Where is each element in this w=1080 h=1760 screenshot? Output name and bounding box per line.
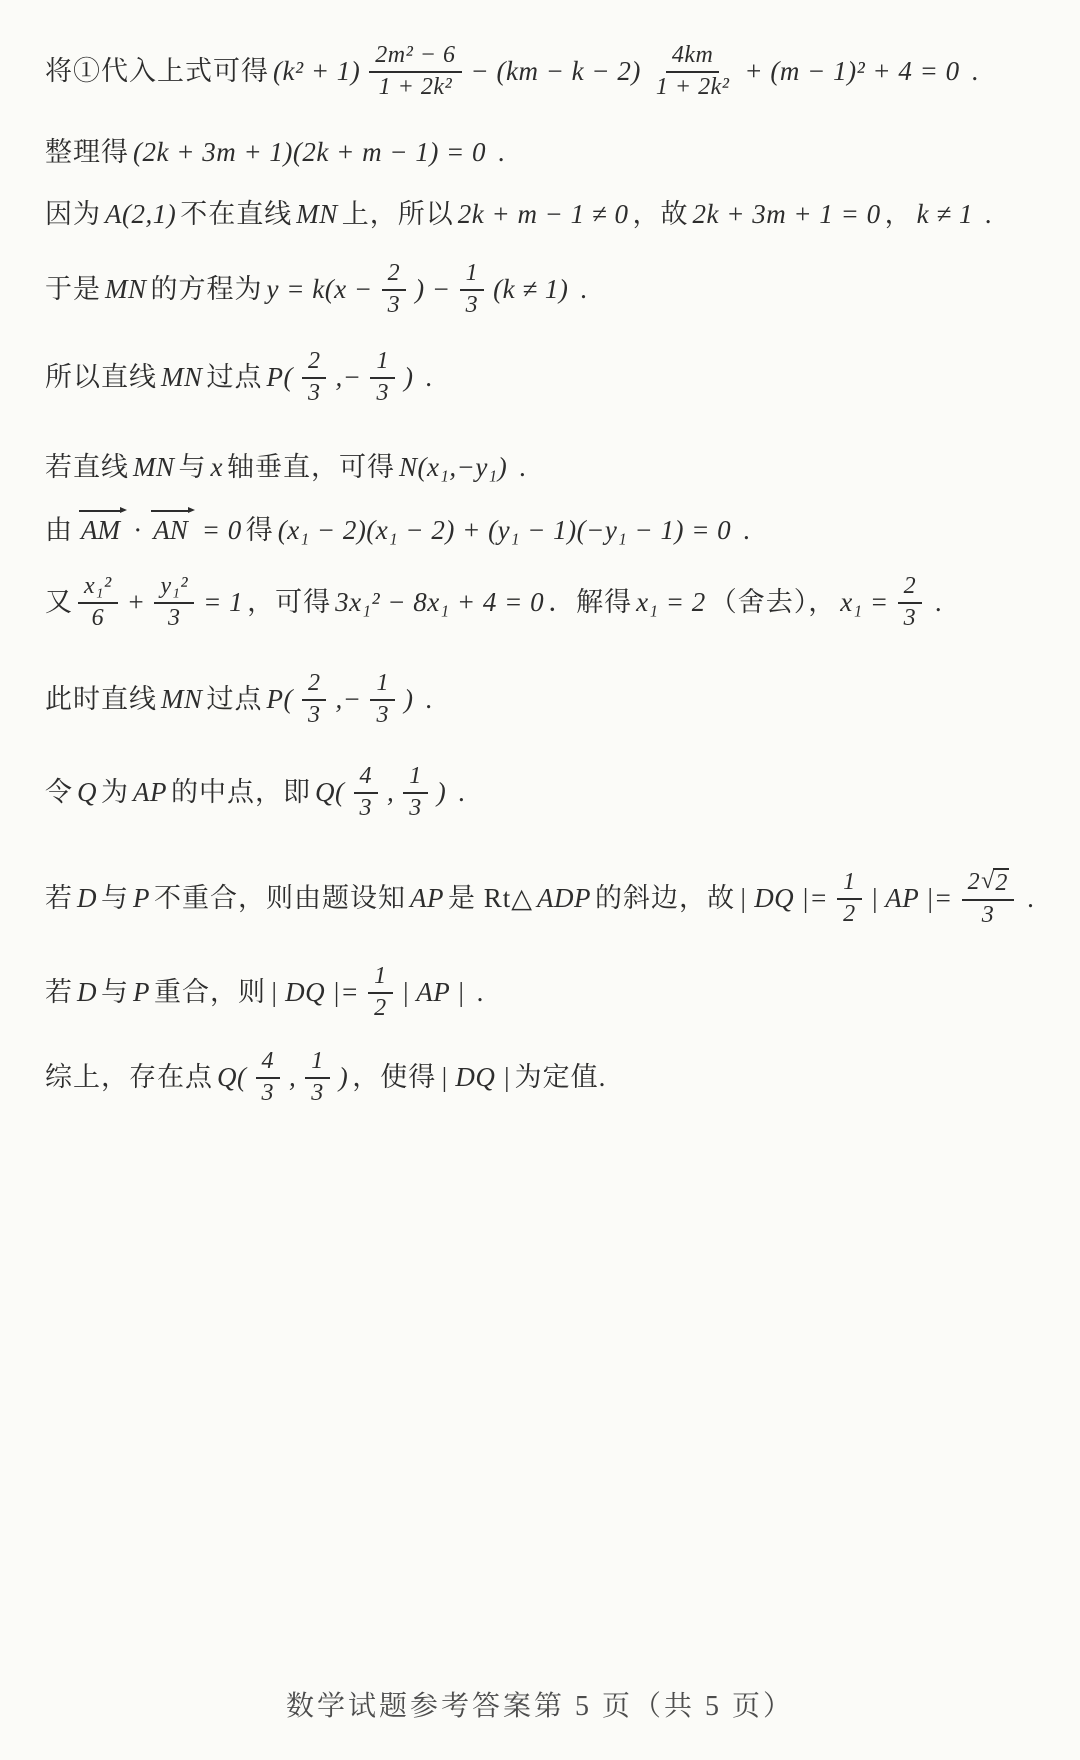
solution-line-1: 将①代入上式可得(k² + 1)2m² − 61 + 2k²− (km − k … bbox=[45, 44, 979, 103]
fraction-numerator: 1 bbox=[368, 963, 393, 994]
math-segment: Q( bbox=[315, 777, 345, 807]
fraction-denominator: 3 bbox=[370, 701, 395, 730]
math-segment: 3 bbox=[308, 702, 321, 730]
math-segment: 3 bbox=[360, 795, 373, 823]
math-segment: ) bbox=[404, 684, 414, 714]
solution-line-10: 令Q为AP的中点，即Q(43,13) . bbox=[45, 765, 466, 824]
fraction-numerator: 1 bbox=[403, 763, 428, 794]
fraction-denominator: 2 bbox=[837, 900, 862, 929]
math-segment: MN bbox=[161, 684, 203, 714]
math-segment: 3 bbox=[262, 1080, 275, 1108]
fraction-denominator: 3 bbox=[976, 901, 1001, 930]
text-segment: . bbox=[964, 56, 980, 86]
answer-sheet-page: 将①代入上式可得(k² + 1)2m² − 61 + 2k²− (km − k … bbox=[0, 0, 1080, 1760]
math-segment: 1 bbox=[843, 869, 856, 897]
math-segment: 3 bbox=[409, 795, 422, 823]
math-segment: 3 bbox=[168, 605, 181, 633]
math-segment: (k ≠ 1) bbox=[493, 274, 568, 304]
text-segment: 是 Rt△ bbox=[448, 883, 533, 913]
fraction: 23 bbox=[302, 348, 327, 407]
math-segment: · bbox=[134, 515, 141, 545]
math-segment: x bbox=[211, 452, 223, 482]
math-segment: − (km − k − 2) bbox=[471, 56, 641, 86]
text-segment: . bbox=[490, 137, 506, 167]
math-segment: ,− bbox=[335, 362, 361, 392]
math-segment: | DQ |= bbox=[270, 977, 359, 1007]
math-segment: 3x₁² − 8x₁ + 4 = 0 bbox=[335, 587, 544, 617]
fraction: 13 bbox=[460, 260, 485, 319]
solution-line-8: 又x₁²6+y₁²3= 1，可得3x₁² − 8x₁ + 4 = 0．解得x₁ … bbox=[45, 575, 943, 634]
math-segment: 2 bbox=[388, 260, 401, 288]
text-segment: . bbox=[511, 452, 527, 482]
text-segment: 若 bbox=[45, 883, 73, 913]
math-segment: , bbox=[289, 1062, 296, 1092]
math-segment: P( bbox=[267, 362, 293, 392]
math-segment: 3 bbox=[388, 292, 401, 320]
fraction-numerator: 1 bbox=[837, 869, 862, 900]
math-segment: D bbox=[77, 883, 97, 913]
text-segment: 为定值. bbox=[515, 1062, 607, 1092]
math-segment: A(2,1) bbox=[105, 199, 176, 229]
math-segment: D bbox=[77, 977, 97, 1007]
fraction: 13 bbox=[403, 763, 428, 822]
fraction: 13 bbox=[370, 670, 395, 729]
math-segment: MN bbox=[161, 362, 203, 392]
fraction: 23 bbox=[382, 260, 407, 319]
math-segment: 2k + 3m + 1 = 0 bbox=[692, 199, 880, 229]
math-segment: 1 bbox=[466, 260, 479, 288]
math-segment: , bbox=[387, 777, 394, 807]
fraction: 12 bbox=[368, 963, 393, 1022]
text-segment: 所以直线 bbox=[45, 362, 157, 392]
fraction: 23 bbox=[302, 670, 327, 729]
math-segment: | DQ |= bbox=[739, 883, 828, 913]
math-segment: MN bbox=[296, 199, 338, 229]
math-segment: 3 bbox=[311, 1080, 324, 1108]
math-segment: 2m² − 6 bbox=[375, 42, 455, 70]
fraction-denominator: 3 bbox=[305, 1079, 330, 1108]
math-segment: 3 bbox=[376, 380, 389, 408]
text-segment: 的斜边，故 bbox=[595, 883, 735, 913]
page-footer: 数学试题参考答案第 5 页（共 5 页） bbox=[0, 1684, 1080, 1724]
solution-line-4: 于是MN的方程为y = k(x −23) −13(k ≠ 1) . bbox=[45, 262, 588, 321]
math-segment: + bbox=[127, 587, 146, 617]
math-segment: y = k(x − bbox=[267, 274, 373, 304]
text-segment: . bbox=[572, 274, 588, 304]
fraction-numerator: 1 bbox=[460, 260, 485, 291]
text-segment: . bbox=[450, 777, 466, 807]
math-segment: 1 + 2k² bbox=[656, 74, 730, 102]
fraction-numerator: 4 bbox=[256, 1048, 281, 1079]
text-segment: 因为 bbox=[45, 199, 101, 229]
text-segment: 上，所以 bbox=[342, 199, 454, 229]
math-segment: = 1 bbox=[203, 587, 243, 617]
fraction-numerator: 4 bbox=[354, 763, 379, 794]
math-segment: 2k + m − 1 ≠ 0 bbox=[458, 199, 629, 229]
math-segment: MN bbox=[105, 274, 147, 304]
math-segment: ) bbox=[437, 777, 447, 807]
math-segment: 2 bbox=[374, 995, 387, 1023]
math-segment: AP bbox=[133, 777, 167, 807]
fraction-denominator: 3 bbox=[302, 379, 327, 408]
fraction-denominator: 3 bbox=[403, 794, 428, 823]
math-segment: x₁ = 2 bbox=[636, 587, 706, 617]
fraction: 2m² − 61 + 2k² bbox=[369, 42, 461, 101]
math-segment: P bbox=[133, 977, 150, 1007]
math-segment: 1 + 2k² bbox=[379, 74, 453, 102]
fraction-numerator: 2 bbox=[302, 348, 327, 379]
fraction: 13 bbox=[370, 348, 395, 407]
fraction: 4km1 + 2k² bbox=[650, 42, 736, 101]
text-segment: 由 bbox=[45, 515, 73, 545]
math-segment: MN bbox=[133, 452, 175, 482]
math-segment: + (m − 1)² + 4 = 0 bbox=[744, 56, 959, 86]
text-segment: 于是 bbox=[45, 274, 101, 304]
math-segment: 3 bbox=[308, 380, 321, 408]
math-segment: 1 bbox=[409, 763, 422, 791]
fraction: 43 bbox=[256, 1048, 281, 1107]
text-segment: . bbox=[417, 362, 433, 392]
fraction-numerator: y₁² bbox=[154, 573, 194, 604]
solution-line-11: 若D与P不重合，则由题设知AP是 Rt△ADP的斜边，故| DQ |=12| A… bbox=[45, 870, 1035, 931]
text-segment: 若 bbox=[45, 977, 73, 1007]
fraction-denominator: 3 bbox=[302, 701, 327, 730]
math-segment: ) bbox=[339, 1062, 349, 1092]
math-segment: 3 bbox=[376, 702, 389, 730]
fraction-numerator: 1 bbox=[370, 348, 395, 379]
fraction-numerator: 2 bbox=[382, 260, 407, 291]
text-segment: 此时直线 bbox=[45, 684, 157, 714]
math-segment: 6 bbox=[92, 605, 105, 633]
fraction-denominator: 3 bbox=[460, 291, 485, 320]
text-segment: 与 bbox=[179, 452, 207, 482]
fraction-denominator: 3 bbox=[162, 604, 187, 633]
fraction-numerator: 2 bbox=[898, 573, 923, 604]
text-segment: 令 bbox=[45, 777, 73, 807]
text-segment: 将①代入上式可得 bbox=[45, 56, 269, 86]
text-segment: ， bbox=[885, 199, 913, 229]
math-segment: 2 bbox=[968, 869, 981, 897]
math-segment: 3 bbox=[982, 902, 995, 930]
math-segment: (k² + 1) bbox=[273, 56, 360, 86]
fraction-numerator: 1 bbox=[370, 670, 395, 701]
math-segment: 2 bbox=[843, 901, 856, 929]
math-segment: P( bbox=[267, 684, 293, 714]
math-segment: AP bbox=[410, 883, 444, 913]
fraction-numerator: x₁² bbox=[78, 573, 118, 604]
text-segment: . bbox=[1019, 883, 1035, 913]
radicand: 2 bbox=[993, 868, 1009, 898]
math-segment: | AP | bbox=[402, 977, 465, 1007]
fraction: x₁²6 bbox=[78, 573, 118, 632]
vector-symbol: AM bbox=[79, 508, 124, 548]
math-segment: ,− bbox=[335, 684, 361, 714]
math-segment: y₁² bbox=[160, 573, 188, 601]
math-segment: 4km bbox=[672, 42, 713, 70]
math-segment: Q bbox=[77, 777, 97, 807]
fraction-denominator: 3 bbox=[382, 291, 407, 320]
text-segment: 轴垂直，可得 bbox=[227, 452, 395, 482]
math-segment: 2 bbox=[904, 573, 917, 601]
solution-line-5: 所以直线MN过点P(23,−13) . bbox=[45, 350, 433, 409]
text-segment: . bbox=[735, 515, 751, 545]
text-segment: 重合，则 bbox=[154, 977, 266, 1007]
fraction-numerator: 1 bbox=[305, 1048, 330, 1079]
text-segment: . bbox=[977, 199, 993, 229]
solution-line-3: 因为A(2,1)不在直线MN上，所以2k + m − 1 ≠ 0，故2k + 3… bbox=[45, 198, 992, 232]
fraction: 43 bbox=[354, 763, 379, 822]
text-segment: 又 bbox=[45, 587, 73, 617]
text-segment: . bbox=[469, 977, 485, 1007]
math-segment: 3 bbox=[904, 605, 917, 633]
math-segment: k ≠ 1 bbox=[917, 199, 973, 229]
fraction: 12 bbox=[837, 869, 862, 928]
solution-line-7: 由AM·AN= 0得(x₁ − 2)(x₁ − 2) + (y₁ − 1)(−y… bbox=[45, 508, 751, 548]
fraction: 13 bbox=[305, 1048, 330, 1107]
text-segment: 得 bbox=[246, 515, 274, 545]
fraction-denominator: 3 bbox=[354, 794, 379, 823]
vector-symbol: AN bbox=[151, 508, 192, 548]
text-segment: ．解得 bbox=[548, 587, 632, 617]
text-segment: ，使得 bbox=[352, 1062, 436, 1092]
fraction-denominator: 6 bbox=[86, 604, 111, 633]
math-segment: x₁² bbox=[84, 573, 112, 601]
math-segment: (2k + 3m + 1)(2k + m − 1) = 0 bbox=[133, 137, 486, 167]
math-segment: | DQ | bbox=[440, 1062, 510, 1092]
solution-line-2: 整理得(2k + 3m + 1)(2k + m − 1) = 0 . bbox=[45, 136, 506, 170]
fraction-denominator: 3 bbox=[370, 379, 395, 408]
fraction-numerator: 4km bbox=[666, 42, 719, 73]
fraction-numerator: 2√2 bbox=[962, 868, 1015, 901]
math-segment: x₁ = bbox=[840, 587, 888, 617]
math-segment: 4 bbox=[262, 1048, 275, 1076]
text-segment: 过点 bbox=[207, 362, 263, 392]
math-segment: 1 bbox=[376, 348, 389, 376]
math-segment: ) bbox=[404, 362, 414, 392]
fraction: y₁²3 bbox=[154, 573, 194, 632]
text-segment: 与 bbox=[101, 977, 129, 1007]
fraction-numerator: 2m² − 6 bbox=[369, 42, 461, 73]
math-segment: (x₁ − 2)(x₁ − 2) + (y₁ − 1)(−y₁ − 1) = 0 bbox=[278, 515, 731, 545]
math-segment: 1 bbox=[311, 1048, 324, 1076]
text-segment: . bbox=[927, 587, 943, 617]
text-segment: 综上，存在点 bbox=[45, 1062, 213, 1092]
text-segment: （舍去）， bbox=[710, 587, 837, 617]
text-segment: 过点 bbox=[207, 684, 263, 714]
math-segment: N(x₁,−y₁) bbox=[399, 452, 507, 482]
fraction-denominator: 1 + 2k² bbox=[650, 73, 736, 102]
solution-line-9: 此时直线MN过点P(23,−13) . bbox=[45, 672, 433, 731]
math-segment: Q( bbox=[217, 1062, 247, 1092]
text-segment: 的中点，即 bbox=[171, 777, 311, 807]
math-segment: 2 bbox=[308, 348, 321, 376]
text-segment: 与 bbox=[101, 883, 129, 913]
text-segment: 的方程为 bbox=[151, 274, 263, 304]
math-segment: P bbox=[133, 883, 150, 913]
solution-line-13: 综上，存在点Q(43,13)，使得| DQ |为定值. bbox=[45, 1050, 606, 1109]
text-segment: . bbox=[417, 684, 433, 714]
solution-line-6: 若直线MN与x轴垂直，可得N(x₁,−y₁) . bbox=[45, 451, 527, 485]
solution-line-12: 若D与P重合，则| DQ |=12| AP | . bbox=[45, 965, 484, 1024]
text-segment: 若直线 bbox=[45, 452, 129, 482]
fraction-numerator: 2 bbox=[302, 670, 327, 701]
fraction-denominator: 3 bbox=[898, 604, 923, 633]
text-segment: 不重合，则由题设知 bbox=[154, 883, 406, 913]
math-segment: 3 bbox=[466, 292, 479, 320]
fraction: 23 bbox=[898, 573, 923, 632]
text-segment: 整理得 bbox=[45, 137, 129, 167]
math-segment: | AP |= bbox=[871, 883, 953, 913]
text-segment: 不在直线 bbox=[180, 199, 292, 229]
math-segment: 2 bbox=[308, 670, 321, 698]
text-segment: ，可得 bbox=[247, 587, 331, 617]
math-segment: 1 bbox=[374, 963, 387, 991]
fraction: 2√23 bbox=[962, 868, 1015, 929]
math-segment: ADP bbox=[537, 883, 591, 913]
fraction-denominator: 2 bbox=[368, 994, 393, 1023]
math-segment: = 0 bbox=[202, 515, 242, 545]
sqrt-symbol: √2 bbox=[981, 868, 1009, 898]
fraction-denominator: 1 + 2k² bbox=[373, 73, 459, 102]
text-segment: 为 bbox=[101, 777, 129, 807]
math-segment: 4 bbox=[360, 763, 373, 791]
math-segment: ) − bbox=[415, 274, 450, 304]
math-segment: 1 bbox=[376, 670, 389, 698]
text-segment: ，故 bbox=[632, 199, 688, 229]
fraction-denominator: 3 bbox=[256, 1079, 281, 1108]
